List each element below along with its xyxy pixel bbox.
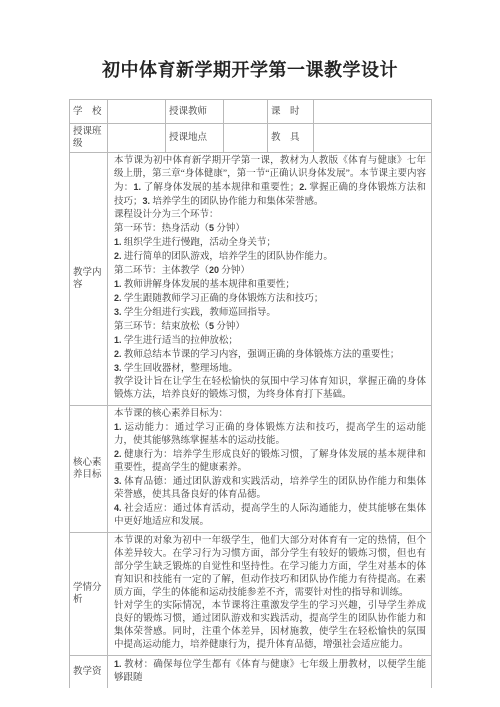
text-line: 2. 教师总结本节课的学习内容，强调正确的身体锻炼方法的重要性；	[114, 348, 426, 362]
teaching-aids-value-cell	[314, 124, 432, 153]
section-label: 学情分析	[70, 533, 108, 656]
teaching-class-label-cell: 授课班级	[70, 124, 108, 153]
text-line: 1. 学生进行适当的拉伸放松；	[114, 334, 426, 348]
text-line: 2. 进行简单的团队游戏，培养学生的团队协作能力。	[114, 250, 426, 264]
school-label-cell: 学 校	[70, 100, 108, 124]
text-line: 本节课为初中体育新学期开学第一课，教材为人教版《体育与健康》七年级上册，第三章“…	[114, 155, 426, 209]
document-title: 初中体育新学期开学第一课教学设计	[0, 0, 500, 82]
text-line: 针对学生的实际情况，本节课将注重激发学生的学习兴趣，引导学生养成良好的锻炼习惯，…	[114, 600, 426, 652]
teacher-value-cell	[224, 100, 268, 124]
text-line: 3. 学生分组进行实践，教师巡回指导。	[114, 306, 426, 320]
section-label: 教学内容	[70, 153, 108, 406]
section-content: 1. 教材：确保每位学生都有《体育与健康》七年级上册教材，以便学生能够跟随	[108, 656, 432, 689]
text-line: 本节课的对象为初中一年级学生，他们大部分对体育有一定的热情，但个体差异较大。在学…	[114, 535, 426, 600]
section-teaching-resources: 教学资 1. 教材：确保每位学生都有《体育与健康》七年级上册教材，以便学生能够跟…	[70, 656, 432, 689]
teacher-label-cell: 授课教师	[166, 100, 224, 124]
text-line: 2. 学生跟随教师学习正确的身体锻炼方法和技巧；	[114, 292, 426, 306]
location-value-cell	[224, 124, 268, 153]
class-hours-value-cell	[314, 100, 432, 124]
school-value-cell	[108, 100, 166, 124]
section-label: 核心素养目标	[70, 406, 108, 533]
section-content: 本节课为初中体育新学期开学第一课，教材为人教版《体育与健康》七年级上册，第三章“…	[108, 153, 432, 406]
text-line: 1. 教师讲解身体发展的基本规律和重要性；	[114, 278, 426, 292]
text-line: 1. 运动能力：通过学习正确的身体锻炼方法和技巧，提高学生的运动能力，使其能够熟…	[114, 421, 426, 448]
location-label-cell: 授课地点	[166, 124, 224, 153]
lesson-plan-table: 学 校 授课教师 课 时 授课班级 授课地点 教 具 教学内容 本节课为初中体育…	[69, 99, 432, 688]
text-line: 4. 社会适应：通过体育活动，提高学生的人际沟通能力，使其能够在集体中更好地适应…	[114, 502, 426, 529]
text-line: 本节课的核心素养目标为：	[114, 408, 426, 421]
text-line: 第一环节：热身活动（5 分钟）	[114, 222, 426, 236]
text-line: 2. 健康行为：培养学生形成良好的锻炼习惯，了解身体发展的基本规律和重要性，提高…	[114, 448, 426, 475]
section-teaching-content: 教学内容 本节课为初中体育新学期开学第一课，教材为人教版《体育与健康》七年级上册…	[70, 153, 432, 406]
document-page: 初中体育新学期开学第一课教学设计 学 校 授课教师 课 时 授课班级 授课地点 …	[0, 0, 500, 707]
text-line: 教学设计旨在让学生在轻松愉快的氛围中学习体育知识，掌握正确的身体锻炼方法，培养良…	[114, 376, 426, 402]
text-line: 3. 学生回收器材，整理场地。	[114, 362, 426, 376]
teaching-class-value-cell	[108, 124, 166, 153]
teaching-aids-label-cell: 教 具	[268, 124, 314, 153]
text-line: 1. 教材：确保每位学生都有《体育与健康》七年级上册教材，以便学生能够跟随	[114, 658, 426, 685]
class-hours-label-cell: 课 时	[268, 100, 314, 124]
text-line: 第二环节：主体教学（20 分钟）	[114, 264, 426, 278]
section-content: 本节课的核心素养目标为：1. 运动能力：通过学习正确的身体锻炼方法和技巧，提高学…	[108, 406, 432, 533]
table-row: 学 校 授课教师 课 时	[70, 100, 432, 124]
text-line: 3. 体育品德：通过团队游戏和实践活动，培养学生的团队协作能力和集体荣誉感，使其…	[114, 475, 426, 502]
text-line: 课程设计分为三个环节：	[114, 209, 426, 222]
section-core-literacy-goals: 核心素养目标 本节课的核心素养目标为：1. 运动能力：通过学习正确的身体锻炼方法…	[70, 406, 432, 533]
section-label: 教学资	[70, 656, 108, 689]
section-learning-analysis: 学情分析 本节课的对象为初中一年级学生，他们大部分对体育有一定的热情，但个体差异…	[70, 533, 432, 656]
text-line: 1. 组织学生进行慢跑，活动全身关节；	[114, 236, 426, 250]
text-line: 第三环节：结束放松（5 分钟）	[114, 320, 426, 334]
table-row: 授课班级 授课地点 教 具	[70, 124, 432, 153]
section-content: 本节课的对象为初中一年级学生，他们大部分对体育有一定的热情，但个体差异较大。在学…	[108, 533, 432, 656]
